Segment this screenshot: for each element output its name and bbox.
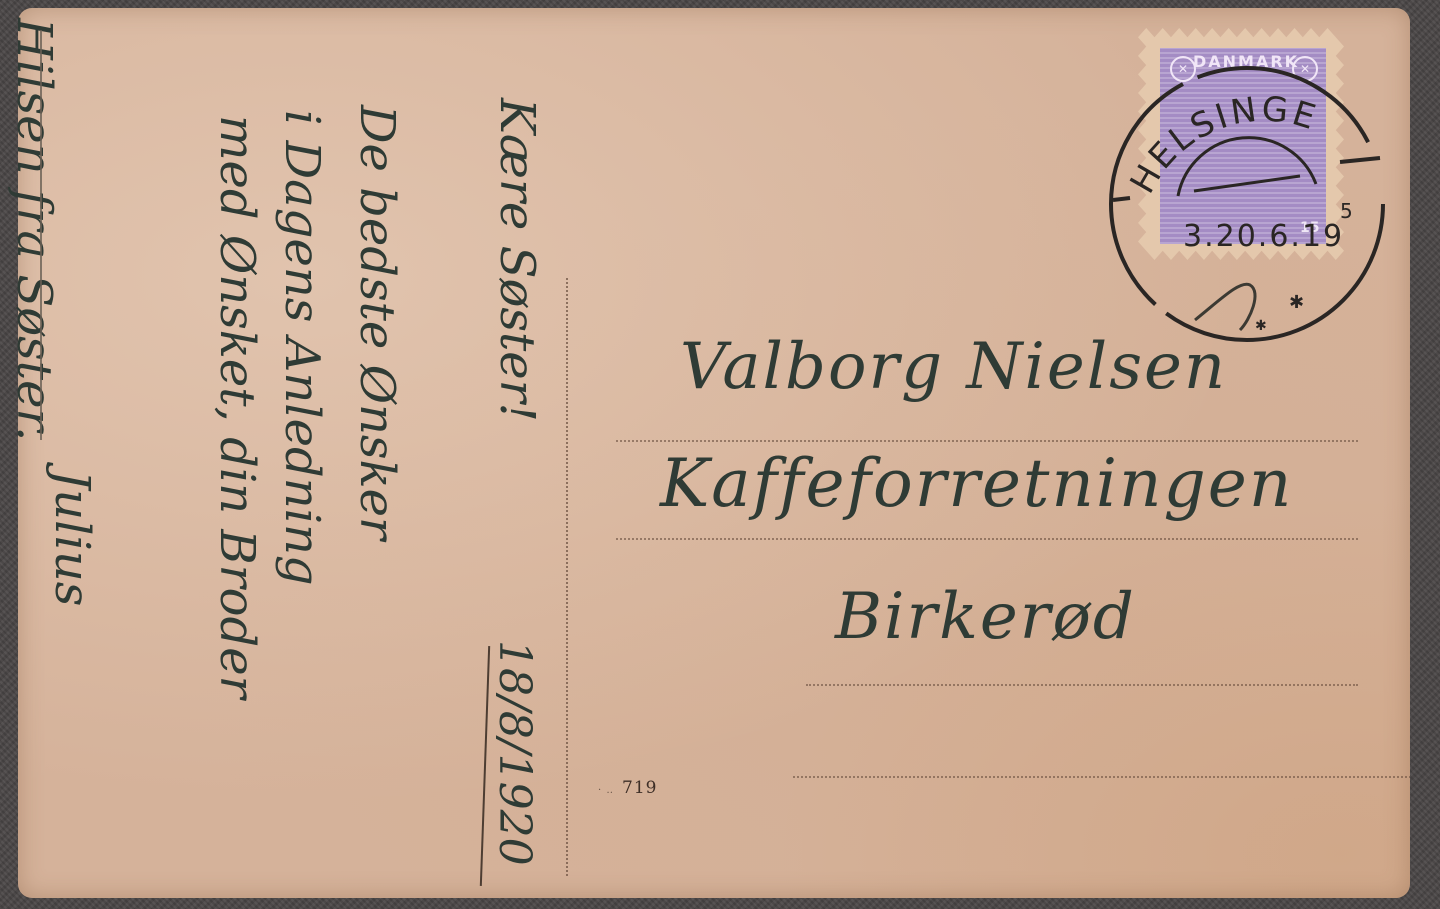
message-signature: Julius xyxy=(44,470,100,606)
stamp-value: 15 xyxy=(1300,220,1319,236)
message-greeting: Kære Søster! xyxy=(489,98,545,422)
printed-card-number: · ‥719 xyxy=(598,778,657,798)
vertical-divider-dotted xyxy=(566,278,568,876)
stamp-country: DANMARK xyxy=(1176,52,1316,71)
message-line: Hilsen fra Søster. xyxy=(6,18,62,441)
address-line-1-dotted xyxy=(616,440,1358,442)
message-line: i Dagens Anledning xyxy=(274,110,330,586)
closing-underline xyxy=(40,30,42,440)
address-line-3-dotted xyxy=(806,684,1358,686)
printed-dots: · ‥ xyxy=(598,785,614,796)
message-line: De bedste Ønsker xyxy=(349,105,405,540)
message-line: med Ønsket, din Broder xyxy=(209,115,265,699)
address-line-2-dotted xyxy=(616,538,1358,540)
address-business: Kaffeforretningen xyxy=(660,445,1293,522)
message-date: 18/8/1920 xyxy=(489,640,540,866)
address-town: Birkerød xyxy=(835,580,1136,654)
card-number-text: 719 xyxy=(622,778,657,798)
address-line-4-dotted xyxy=(793,776,1410,778)
address-recipient: Valborg Nielsen xyxy=(680,330,1227,404)
